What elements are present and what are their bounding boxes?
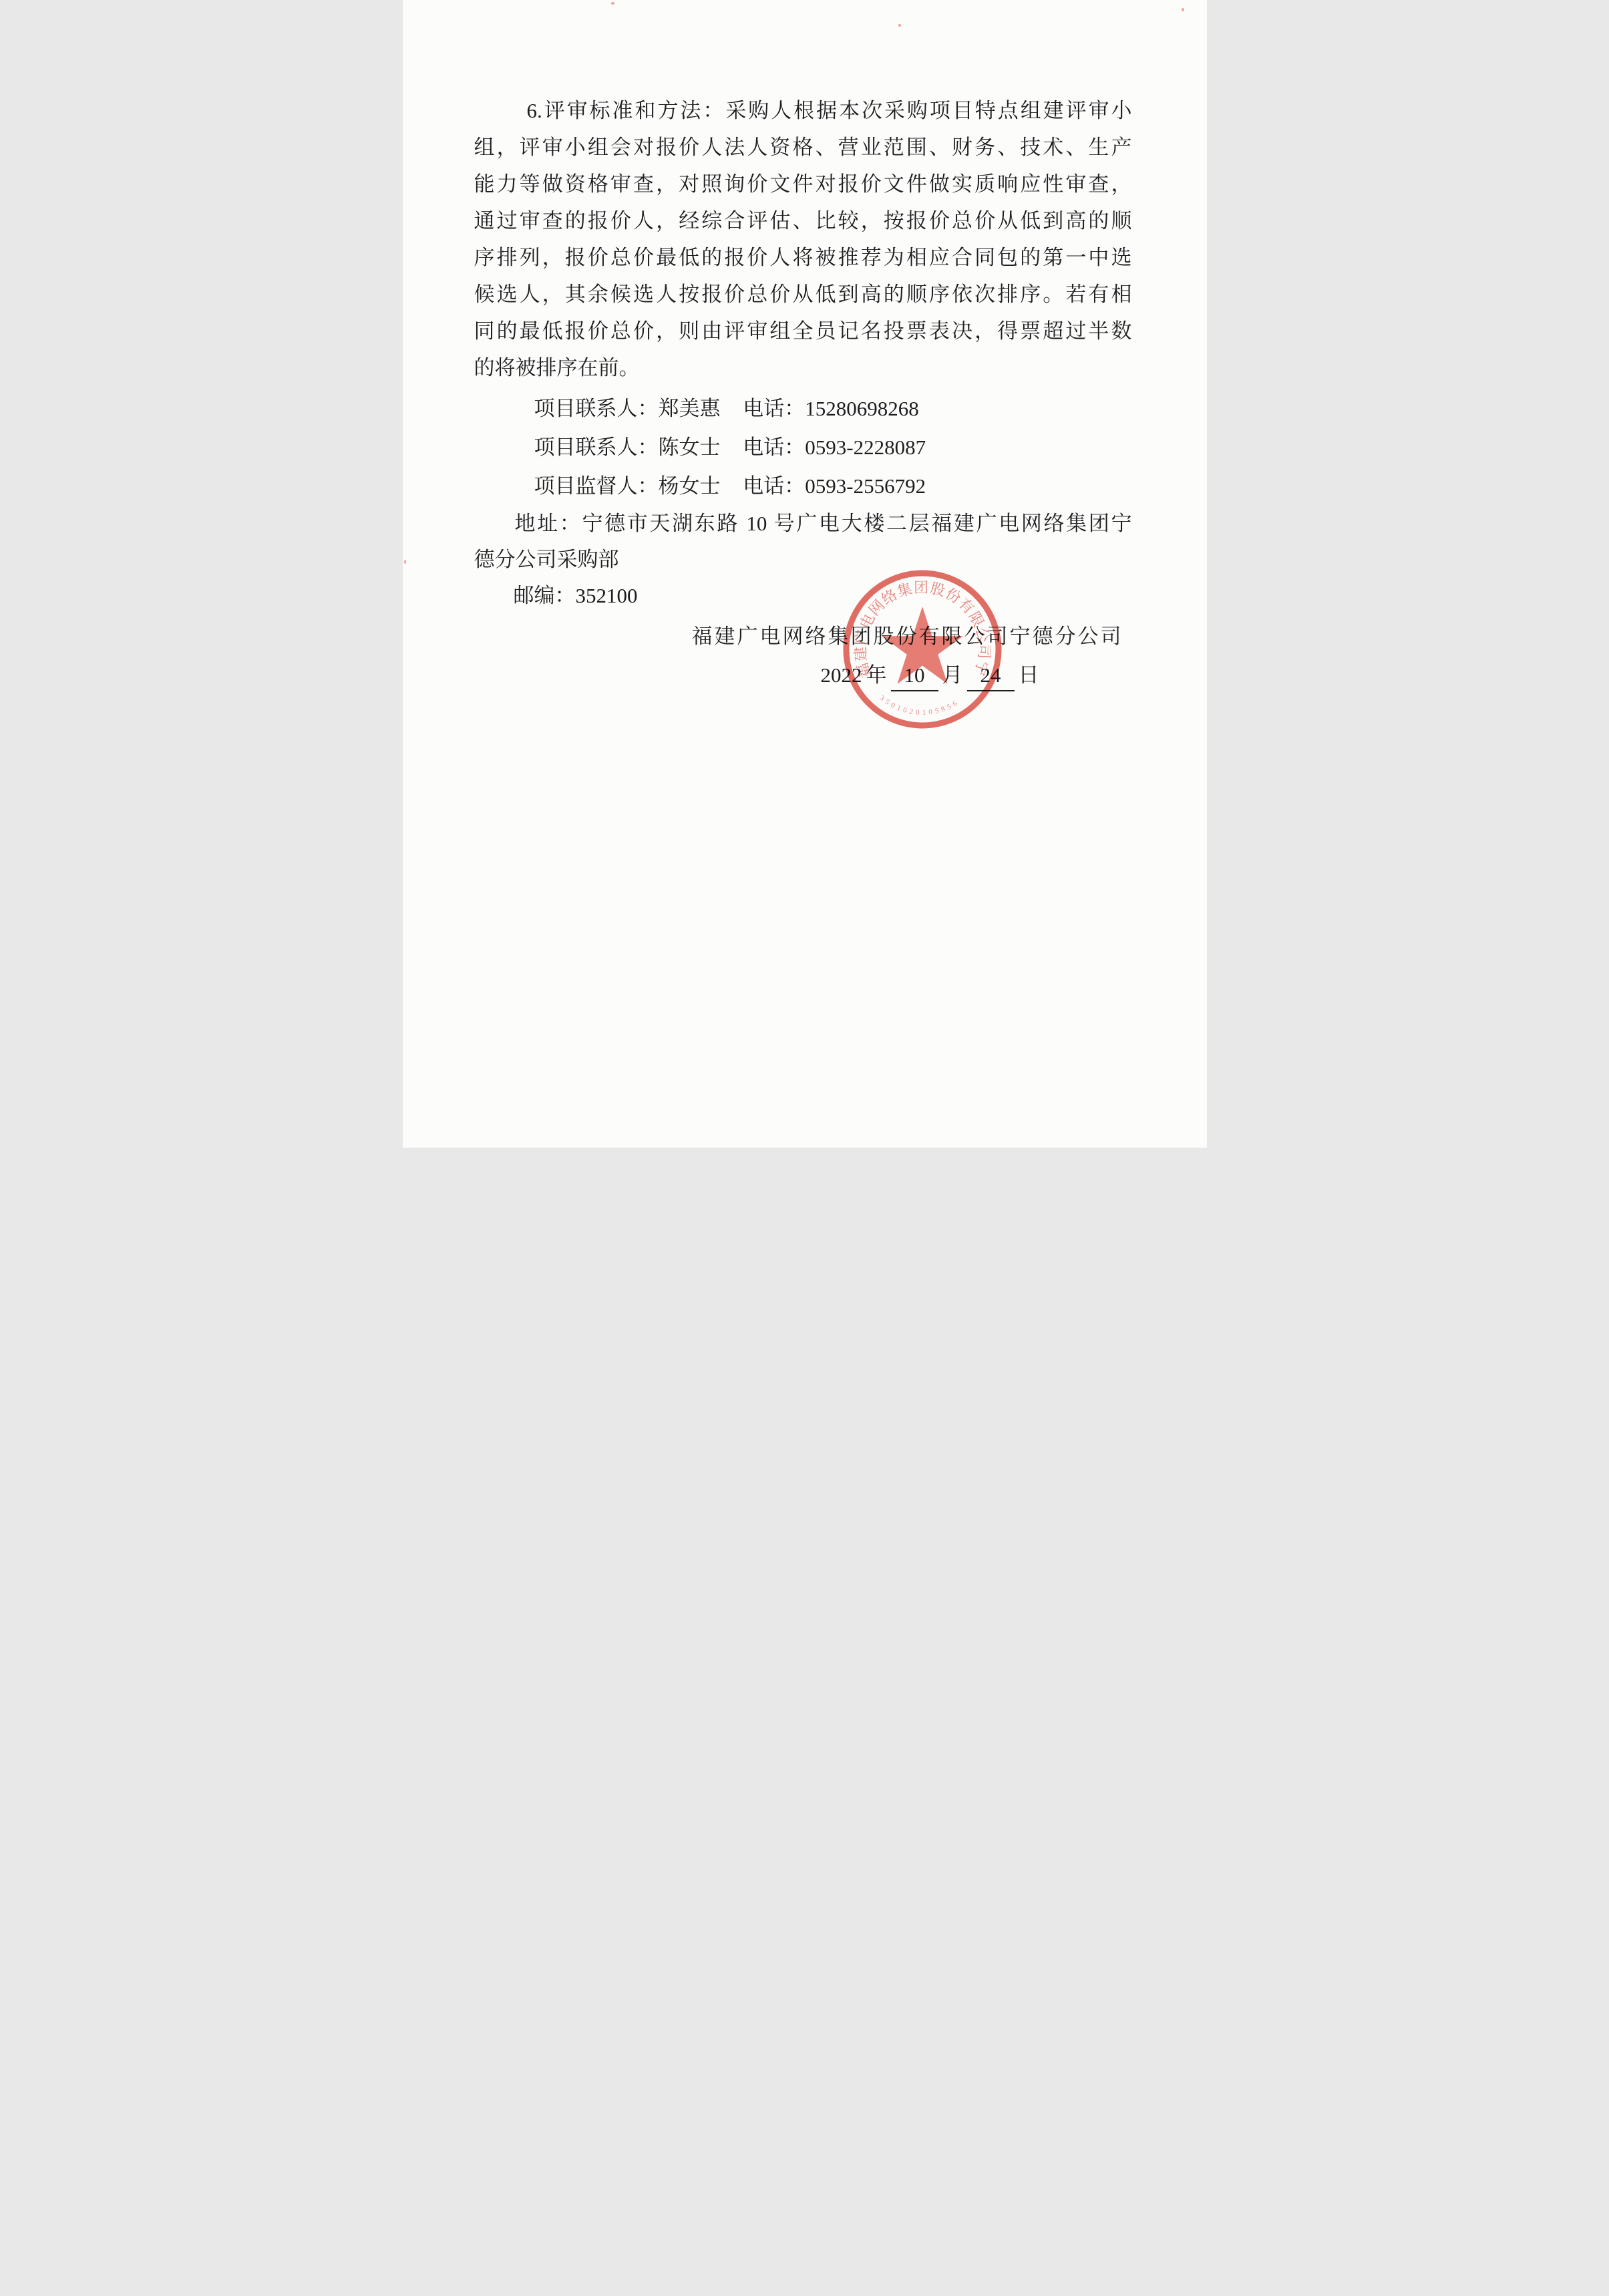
contact-list: 项目联系人：郑美惠 电话：15280698268 项目联系人：陈女士 电话：05… bbox=[474, 389, 1132, 506]
contact-role: 项目联系人：郑美惠 bbox=[534, 389, 738, 428]
contact-role: 项目联系人：陈女士 bbox=[534, 428, 738, 467]
seal-serial-number: 3501020105856 bbox=[878, 694, 960, 717]
star-icon bbox=[882, 607, 963, 684]
paragraph-line: 同的最低报价总价，则由评审组全员记名投票表决，得票超过半数 bbox=[474, 313, 1132, 349]
paragraph-line: 组，评审小组会对报价人法人资格、营业范围、财务、技术、生产 bbox=[474, 129, 1132, 166]
postal-code: 邮编：352100 bbox=[514, 578, 1132, 614]
paragraph-line: 6.评审标准和方法：采购人根据本次采购项目特点组建评审小 bbox=[474, 92, 1132, 129]
contact-phone: 电话：15280698268 bbox=[743, 397, 919, 420]
paragraph-line: 通过审查的报价人，经综合评估、比较，按报价总价从低到高的顺 bbox=[474, 202, 1132, 239]
address-line: 德分公司采购部 bbox=[474, 542, 1132, 578]
contact-row: 项目联系人：郑美惠 电话：15280698268 bbox=[534, 389, 1132, 428]
contact-phone: 电话：0593-2556792 bbox=[743, 474, 926, 498]
company-seal: 福建广电网络集团股份有限公司宁德分公司 3501020105856 bbox=[840, 567, 1005, 731]
contact-row: 项目监督人：杨女士 电话：0593-2556792 bbox=[534, 467, 1132, 506]
paragraph-line: 序排列，报价总价最低的报价人将被推荐为相应合同包的第一中选 bbox=[474, 239, 1132, 276]
address-line: 地址：宁德市天湖东路 10 号广电大楼二层福建广电网络集团宁 bbox=[474, 506, 1132, 542]
contact-role: 项目监督人：杨女士 bbox=[534, 467, 738, 506]
contact-phone: 电话：0593-2228087 bbox=[743, 436, 926, 459]
contact-row: 项目联系人：陈女士 电话：0593-2228087 bbox=[534, 428, 1132, 467]
paragraph-line: 的将被排序在前。 bbox=[474, 349, 1132, 386]
document-page: 6.评审标准和方法：采购人根据本次采购项目特点组建评审小 组，评审小组会对报价人… bbox=[403, 0, 1207, 1148]
evaluation-paragraph: 6.评审标准和方法：采购人根据本次采购项目特点组建评审小 组，评审小组会对报价人… bbox=[474, 92, 1132, 386]
date-day-unit: 日 bbox=[1019, 663, 1039, 687]
paragraph-line: 候选人，其余候选人按报价总价从低到高的顺序依次排序。若有相 bbox=[474, 276, 1132, 313]
address-block: 地址：宁德市天湖东路 10 号广电大楼二层福建广电网络集团宁 德分公司采购部 bbox=[474, 506, 1132, 578]
svg-text:3501020105856: 3501020105856 bbox=[878, 694, 960, 717]
document-content: 6.评审标准和方法：采购人根据本次采购项目特点组建评审小 组，评审小组会对报价人… bbox=[403, 0, 1207, 691]
paragraph-line: 能力等做资格审查，对照询价文件对报价文件做实质响应性审查， bbox=[474, 166, 1132, 202]
